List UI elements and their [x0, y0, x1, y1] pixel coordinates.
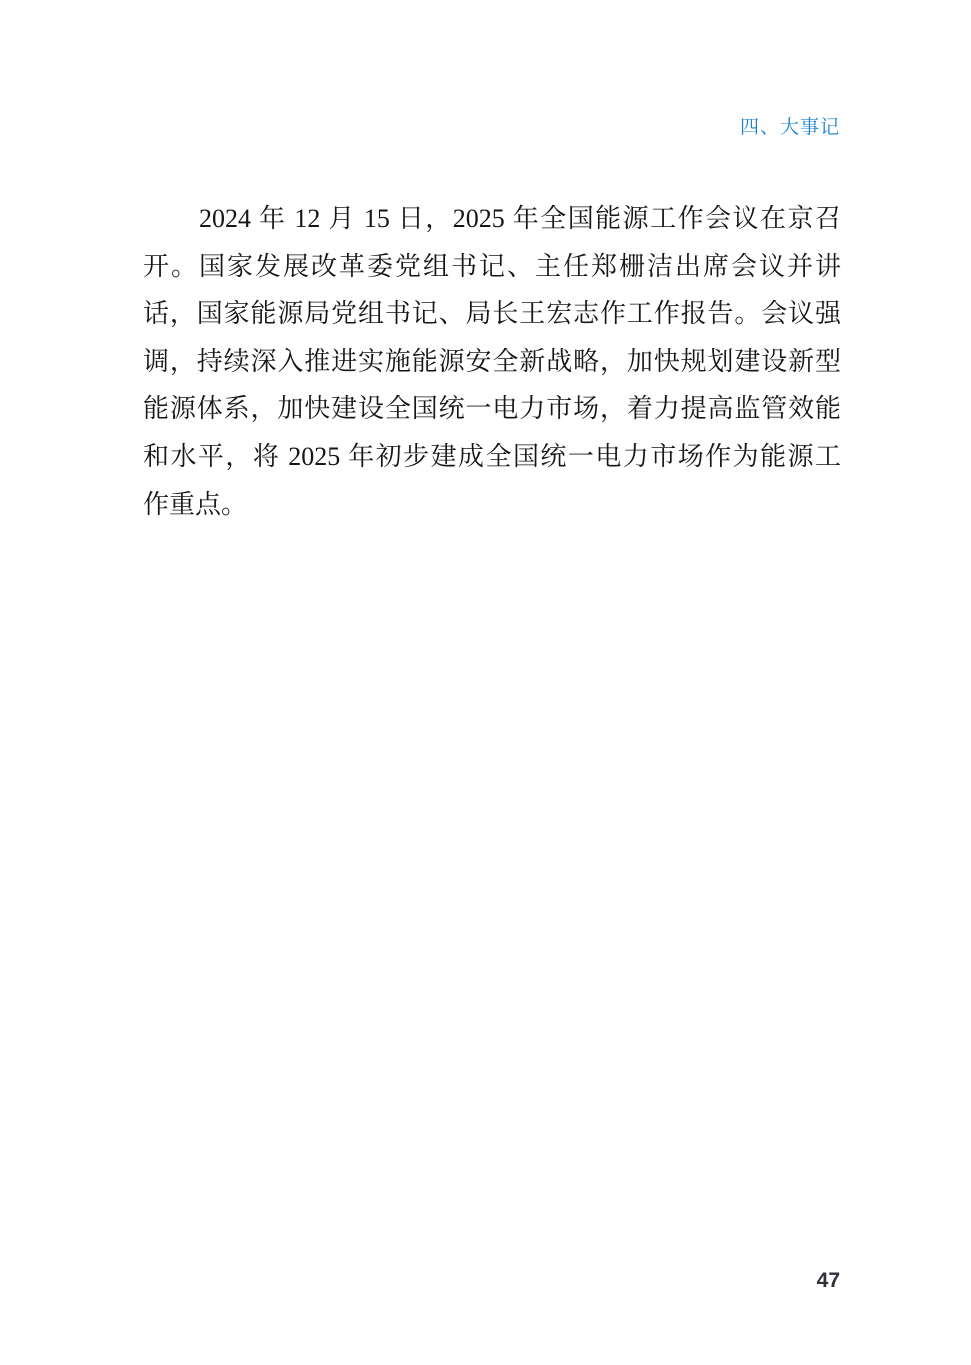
- document-page: 四、大事记 2024 年 12 月 15 日，2025 年全国能源工作会议在京召…: [0, 0, 971, 1365]
- paragraph-line: 调，持续深入推进实施能源安全新战略，加快规划建设新型: [143, 338, 841, 386]
- paragraph-line: 作重点。: [143, 481, 841, 529]
- paragraph-line: 能源体系，加快建设全国统一电力市场，着力提高监管效能: [143, 385, 841, 433]
- paragraph: 2024 年 12 月 15 日，2025 年全国能源工作会议在京召 开。国家发…: [143, 195, 841, 528]
- paragraph-line: 开。国家发展改革委党组书记、主任郑栅洁出席会议并讲: [143, 243, 841, 291]
- page-number: 47: [817, 1269, 840, 1293]
- section-header: 四、大事记: [740, 112, 840, 139]
- paragraph-line: 2024 年 12 月 15 日，2025 年全国能源工作会议在京召: [143, 195, 841, 243]
- paragraph-line: 和水平，将 2025 年初步建成全国统一电力市场作为能源工: [143, 433, 841, 481]
- paragraph-line: 话，国家能源局党组书记、局长王宏志作工作报告。会议强: [143, 290, 841, 338]
